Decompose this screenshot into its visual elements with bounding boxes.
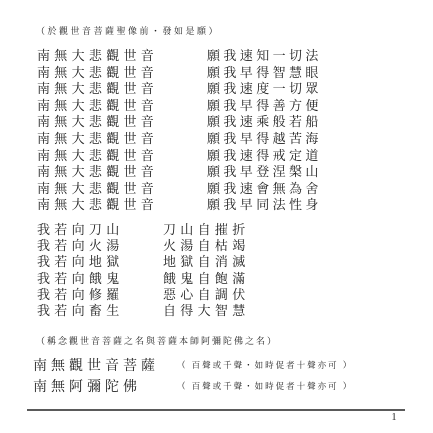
recitation-name: 南無阿彌陀佛 <box>33 376 141 396</box>
vow-row: 南無大悲觀世音 願我速知一切法 <box>0 44 433 61</box>
recitation-instruction: （ 百聲或千聲・如時促者十聲亦可 ） <box>177 380 353 392</box>
vow-row: 南無大悲觀世音 願我速得戒定道 <box>0 144 433 161</box>
direction-result: 自得大智慧 <box>163 300 250 319</box>
direction-row: 我若向火湯 火湯自枯竭 <box>0 234 433 250</box>
vow-row: 南無大悲觀世音 願我早同法性身 <box>0 193 433 210</box>
page-number: 1 <box>388 412 400 423</box>
vow-section: 南無大悲觀世音 願我速知一切法 南無大悲觀世音 願我早得智慧眼 南無大悲觀世音 … <box>0 44 433 210</box>
direction-row: 我若向畜生 自得大智慧 <box>0 299 433 315</box>
direction-condition: 我若向畜生 <box>37 300 124 319</box>
vow-row: 南無大悲觀世音 願我早得越苦海 <box>0 127 433 144</box>
recitation-row: 南無觀世音菩薩 （ 百聲或千聲・如時促者十聲亦可 ） <box>0 355 433 373</box>
sutra-document-page: （於觀世音菩薩聖像前・發如是願） 南無大悲觀世音 願我速知一切法 南無大悲觀世音… <box>0 0 433 433</box>
header-note: （於觀世音菩薩聖像前・發如是願） <box>36 24 220 37</box>
vow-row: 南無大悲觀世音 願我速度一切眾 <box>0 77 433 94</box>
vow-row: 南無大悲觀世音 願我早得智慧眼 <box>0 61 433 78</box>
footer-divider <box>27 409 405 411</box>
vow-text: 願我早同法性身 <box>207 194 322 213</box>
direction-row: 我若向地獄 地獄自消滅 <box>0 250 433 266</box>
direction-row: 我若向餓鬼 餓鬼自飽滿 <box>0 267 433 283</box>
direction-row: 我若向修羅 惡心自調伏 <box>0 283 433 299</box>
direction-row: 我若向刀山 刀山自摧折 <box>0 218 433 234</box>
vow-row: 南無大悲觀世音 願我早得善方便 <box>0 94 433 111</box>
recitation-note: （稱念觀世音菩薩之名與菩薩本師阿彌陀佛之名） <box>36 334 278 347</box>
vow-row: 南無大悲觀世音 願我速乘般若船 <box>0 110 433 127</box>
vow-row: 南無大悲觀世音 願我速會無為舍 <box>0 177 433 194</box>
direction-section: 我若向刀山 刀山自摧折 我若向火湯 火湯自枯竭 我若向地獄 地獄自消滅 我若向餓… <box>0 218 433 315</box>
chant-text: 南無大悲觀世音 <box>37 194 158 213</box>
recitation-instruction: （ 百聲或千聲・如時促者十聲亦可 ） <box>177 359 353 371</box>
recitation-row: 南無阿彌陀佛 （ 百聲或千聲・如時促者十聲亦可 ） <box>0 376 433 394</box>
recitation-name: 南無觀世音菩薩 <box>33 355 159 375</box>
vow-row: 南無大悲觀世音 願我早登涅槃山 <box>0 160 433 177</box>
